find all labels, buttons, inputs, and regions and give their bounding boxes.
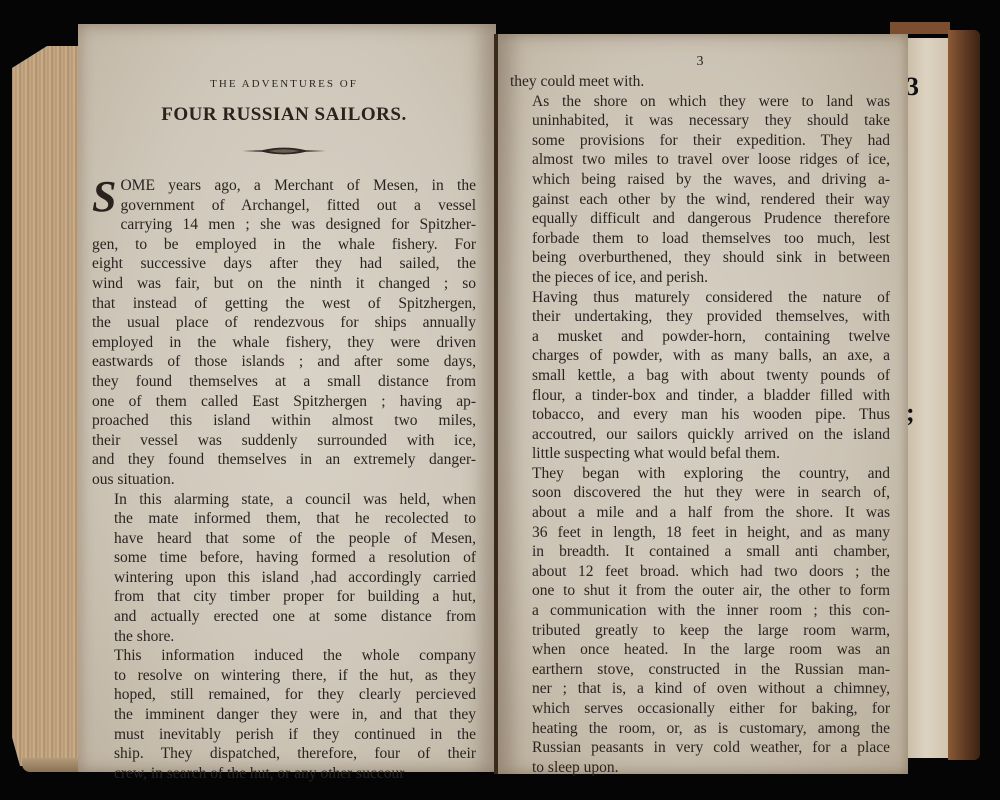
text-line: In this alarming state, a council was he… [92, 490, 476, 510]
text-line: They began with exploring the country, a… [510, 464, 890, 484]
leaf-ornament-icon [242, 146, 326, 156]
text-line: This information induced the whole compa… [92, 646, 476, 666]
text-line: proached this island within almost two m… [92, 411, 476, 431]
paragraph: Having thus maturely considered the natu… [510, 288, 890, 464]
text-line: to sleep upon. [510, 758, 890, 778]
text-line: almost two miles to travel over loose ri… [510, 150, 890, 170]
drop-cap: S [92, 178, 116, 216]
text-line: one of them called East Spitzhergen ; ha… [92, 392, 476, 412]
text-line: that instead of getting the west of Spit… [92, 294, 476, 314]
back-cover [948, 30, 980, 760]
text-line: one to shut it from the outer air, the o… [510, 581, 890, 601]
right-page-content: 3 they could meet with.As the shore on w… [510, 54, 890, 777]
text-line: uninhabited, it was necessary they shoul… [510, 111, 890, 131]
text-line: small kettle, a bag with about twenty po… [510, 366, 890, 386]
text-line: and actually erected one at some distanc… [92, 607, 476, 627]
text-line: they could meet with. [510, 72, 890, 92]
text-line: flour, a tinder-box and tinder, a bladde… [510, 386, 890, 406]
text-line: about 12 feet broad. which had two doors… [510, 562, 890, 582]
text-line: the mate informed them, that he recolect… [92, 509, 476, 529]
text-line: employed in the whale fishery, they were… [92, 333, 476, 353]
text-line: ner ; that is, a kind of oven without a … [510, 679, 890, 699]
text-line: they found themselves at a small distanc… [92, 372, 476, 392]
text-line: when once heated. In the large room was … [510, 640, 890, 660]
text-line: government of Archangel, fitted out a ve… [92, 196, 476, 216]
text-line: crew, in search of the hut, or any other… [92, 764, 476, 784]
text-line: tobacco, and every man his wooden pipe. … [510, 405, 890, 425]
text-line: eight successive days after they had sai… [92, 254, 476, 274]
text-line: Having thus maturely considered the natu… [510, 288, 890, 308]
text-line: and they found themselves in an extremel… [92, 450, 476, 470]
text-line: have heard that some of the people of Me… [92, 529, 476, 549]
text-line: equally difficult and dangerous Prudence… [510, 209, 890, 229]
text-line: soon discovered the hut they were in sea… [510, 483, 890, 503]
page-number: 3 [510, 54, 890, 70]
text-line: their vessel was suddenly surrounded wit… [92, 431, 476, 451]
text-line: the imminent danger they were in, and th… [92, 705, 476, 725]
text-line: tributed greatly to keep the large room … [510, 621, 890, 641]
text-line: the shore. [92, 627, 476, 647]
open-book: 3 ; THE ADVENTURES OF FOUR RUSSIAN SAILO… [0, 0, 1000, 800]
text-line: As the shore on which they were to land … [510, 92, 890, 112]
text-line: must inevitably perish if they continued… [92, 725, 476, 745]
text-line: in breadth. It contained a small anti ch… [510, 542, 890, 562]
text-line: which being raised by the waves, and dri… [510, 170, 890, 190]
text-line: the usual place of rendezvous for ships … [92, 313, 476, 333]
text-line: some time before, having formed a resolu… [92, 548, 476, 568]
text-line: Russian peasants in very cold weather, f… [510, 738, 890, 758]
text-line: which serves occasionally either for bak… [510, 699, 890, 719]
text-line: being overburthened, they should sink in… [510, 248, 890, 268]
left-page-content: THE ADVENTURES OF FOUR RUSSIAN SAILORS. … [92, 78, 476, 783]
text-line: from that city timber proper for buildin… [92, 587, 476, 607]
text-line: forbade them to load themselves too much… [510, 229, 890, 249]
paragraph: In this alarming state, a council was he… [92, 490, 476, 647]
paragraph: they could meet with. [510, 72, 890, 92]
cover-top-edge [890, 22, 950, 34]
text-line: little suspecting what would befal them. [510, 444, 890, 464]
text-line: a communication with the inner room ; th… [510, 601, 890, 621]
text-line: some provisions for their expedition. Th… [510, 131, 890, 151]
text-line: gen, to be employed in the whale fishery… [92, 235, 476, 255]
left-page-text: SOME years ago, a Merchant of Mesen, in … [92, 176, 476, 783]
text-line: about a mile and a half from the shore. … [510, 503, 890, 523]
paragraph: As the shore on which they were to land … [510, 92, 890, 288]
text-line: charges of powder, with as many balls, a… [510, 346, 890, 366]
text-line: ous situation. [92, 470, 476, 490]
text-line: ship. They dispatched, therefore, four o… [92, 744, 476, 764]
left-fore-edge [12, 46, 82, 766]
text-line: accoutred, our sailors quickly arrived o… [510, 425, 890, 445]
text-line: a musket and powder-horn, containing twe… [510, 327, 890, 347]
paragraph: They began with exploring the country, a… [510, 464, 890, 778]
text-line: to resolve on wintering there, if the hu… [92, 666, 476, 686]
chapter-title: FOUR RUSSIAN SAILORS. [92, 104, 476, 126]
paragraph: SOME years ago, a Merchant of Mesen, in … [92, 176, 476, 490]
text-line: earthern stove, constructed in the Russi… [510, 660, 890, 680]
running-title: THE ADVENTURES OF [92, 78, 476, 90]
text-line: hoped, still remained, for they clearly … [92, 685, 476, 705]
text-line: heating the room, or, as is customary, a… [510, 719, 890, 739]
right-page-text: they could meet with.As the shore on whi… [510, 72, 890, 777]
text-line: eastwards of those islands ; and after s… [92, 352, 476, 372]
text-line: OME years ago, a Merchant of Mesen, in t… [92, 176, 476, 196]
text-line: the pieces of ice, and perish. [510, 268, 890, 288]
text-line: gainst each other by the wind, rendered … [510, 190, 890, 210]
text-line: carrying 14 men ; she was designed for S… [92, 215, 476, 235]
text-line: their undertaking, they provided themsel… [510, 307, 890, 327]
text-line: 36 feet in length, 18 feet in height, an… [510, 523, 890, 543]
text-line: wintering upon this island ,had accordin… [92, 568, 476, 588]
paragraph: This information induced the whole compa… [92, 646, 476, 783]
text-line: wind was fair, but on the ninth it chang… [92, 274, 476, 294]
